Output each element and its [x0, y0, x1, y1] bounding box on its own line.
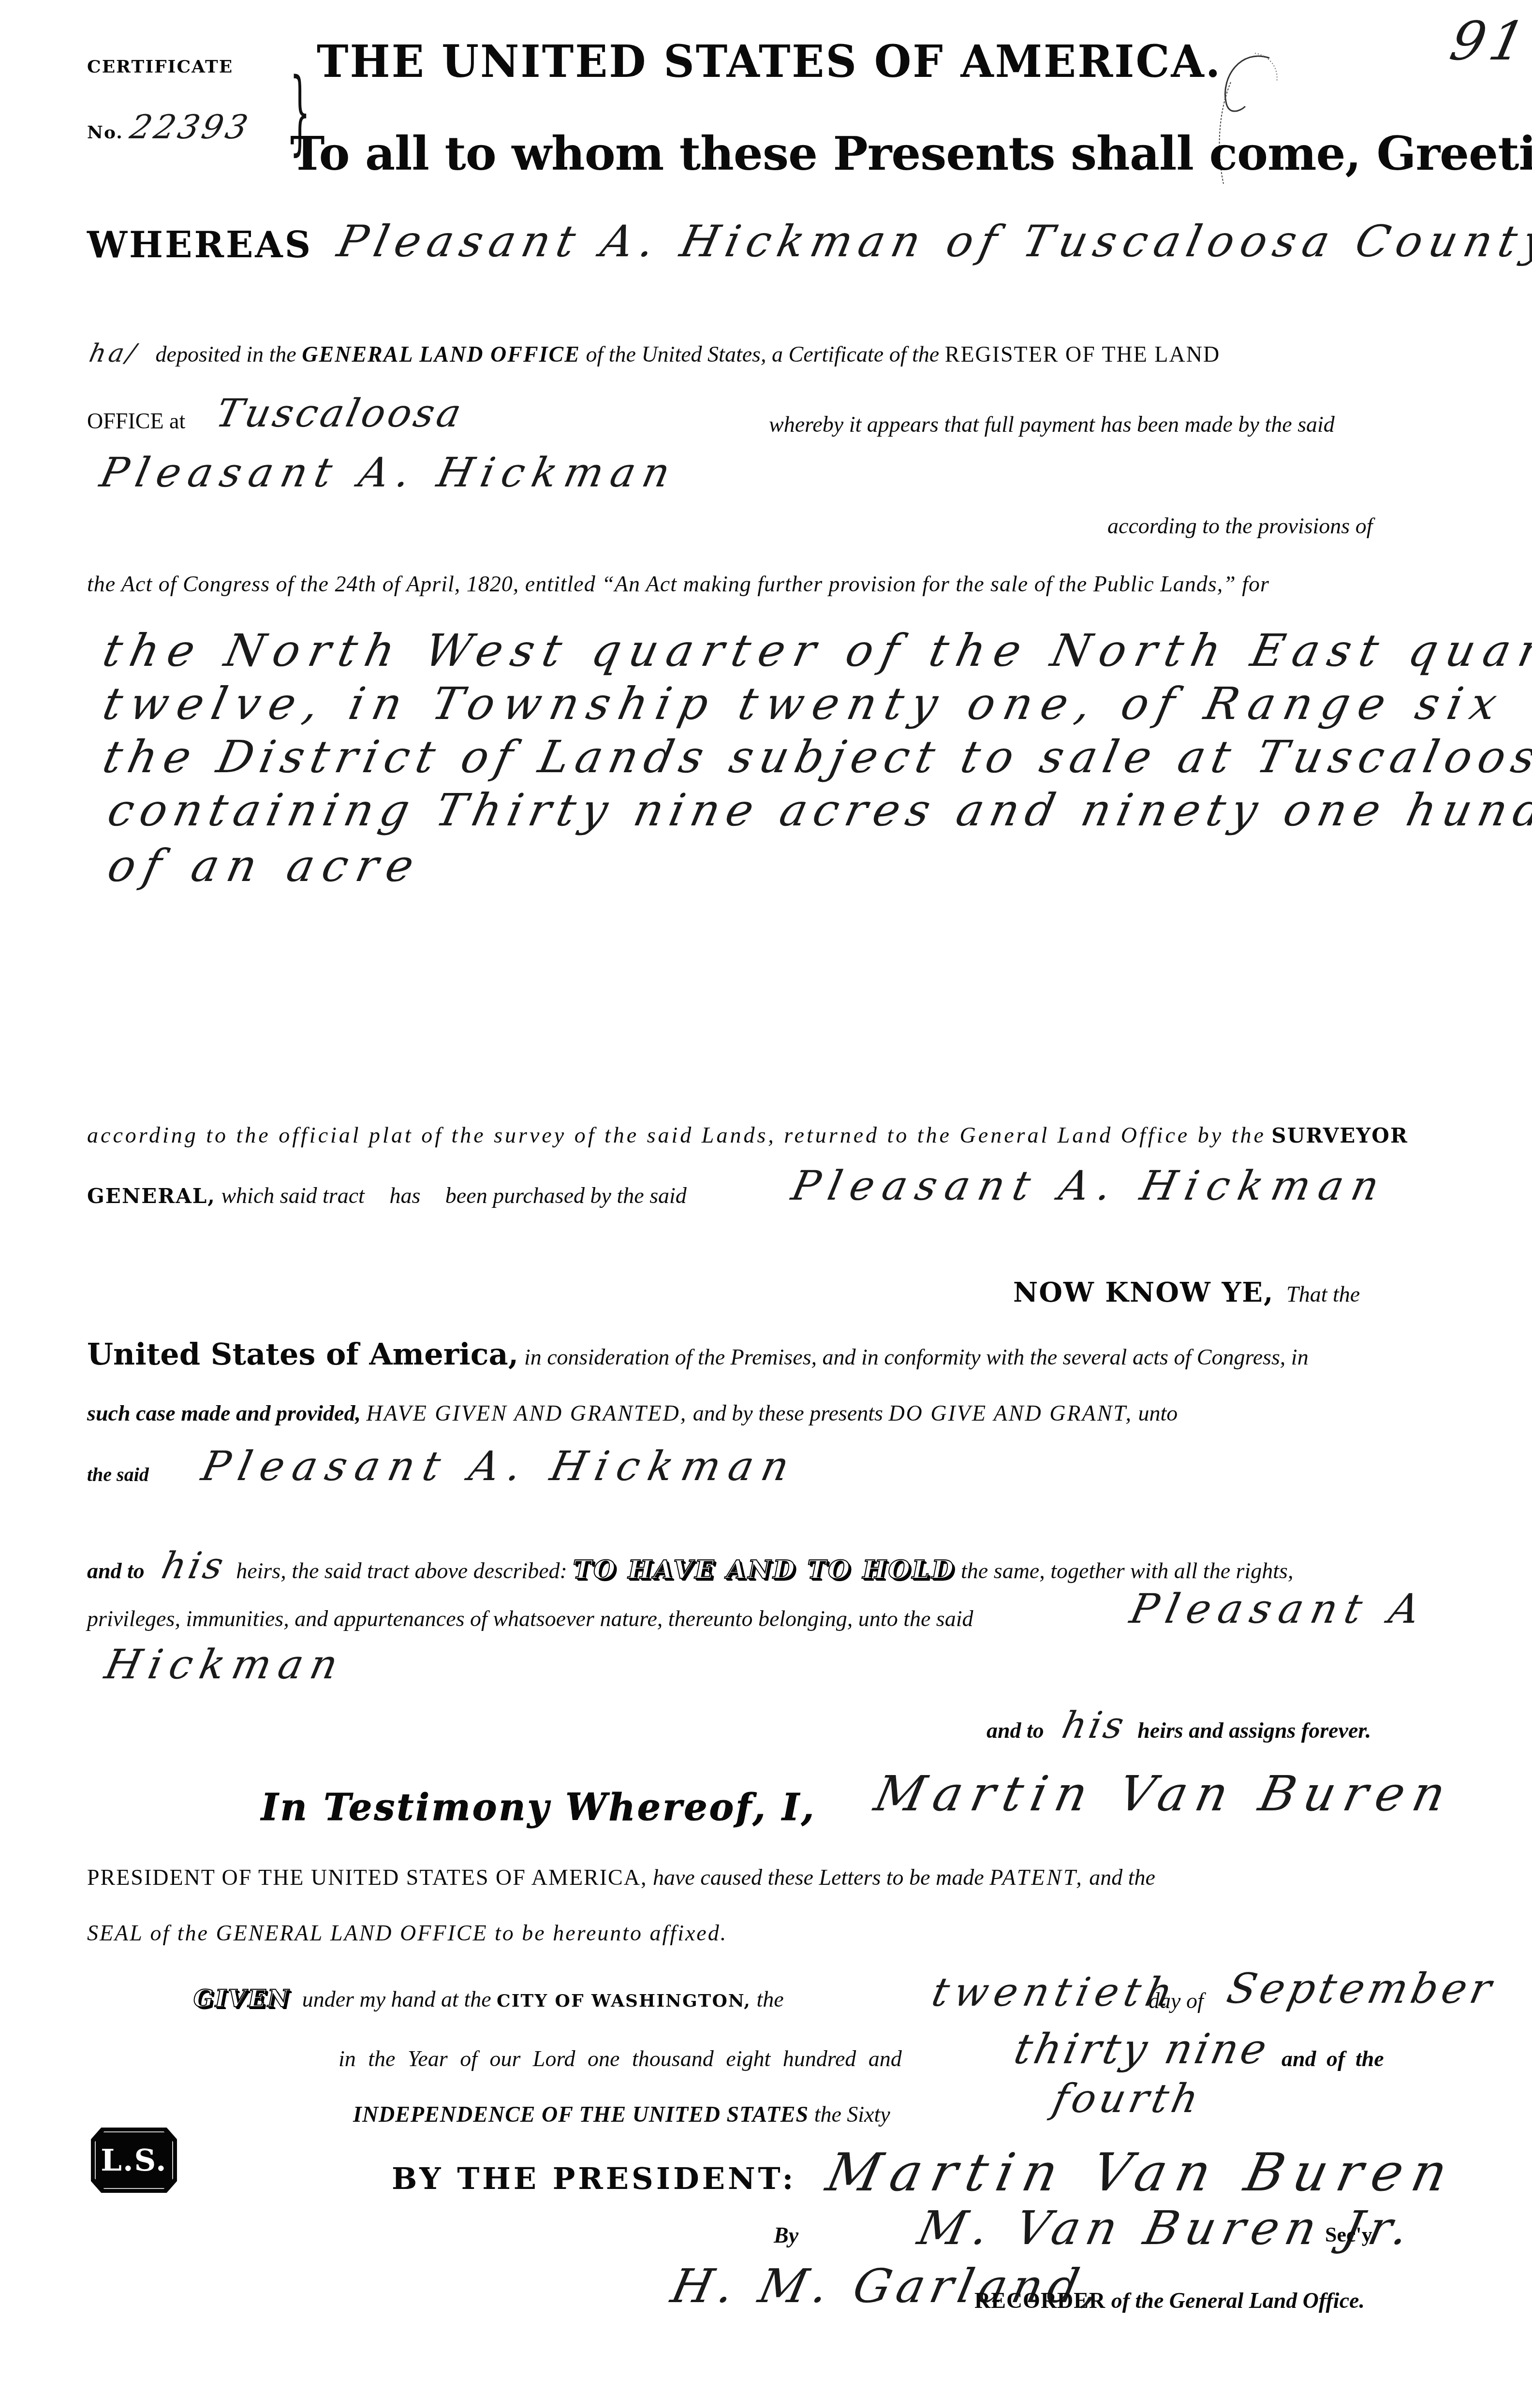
granting-clause-line: such case made and provided, HAVE GIVEN …: [87, 1402, 1178, 1424]
plat-has: has: [389, 1183, 420, 1208]
grantee-name-part-2: Hickman: [102, 1644, 349, 1685]
by-these-presents: and by these presents: [693, 1401, 883, 1425]
document-title: THE UNITED STATES OF AMERICA.: [317, 39, 1222, 83]
deposit-text-1: deposited in the: [156, 342, 296, 367]
president-of-usa: PRESIDENT OF THE UNITED STATES OF AMERIC…: [87, 1865, 647, 1890]
page-number: 91: [1446, 15, 1532, 68]
given-text: under my hand at the: [302, 1987, 491, 2012]
certificate-number: No.22393: [87, 111, 246, 144]
consideration-text: in consideration of the Premises, and in…: [524, 1345, 1309, 1369]
usa-consideration-line: United States of America, in considerati…: [87, 1339, 1309, 1369]
heirs-forever: heirs and assigns forever.: [1137, 1718, 1371, 1743]
land-description-line-5: of an acre: [104, 844, 426, 888]
general-line: GENERAL, which said tract has been purch…: [87, 1185, 687, 1207]
by-label: By: [774, 2224, 798, 2246]
given-label: GIVEN: [193, 1985, 291, 2012]
general-label: GENERAL,: [87, 1184, 216, 1208]
and-of-the-text: and of the: [1282, 2048, 1384, 2070]
general-land-office: GENERAL LAND OFFICE: [302, 342, 580, 367]
plat-line: according to the official plat of the su…: [87, 1124, 1408, 1146]
land-description-line-2: twelve, in Township twenty one, of Range…: [99, 682, 1532, 726]
testimony-president-name: Martin Van Buren: [870, 1770, 1458, 1818]
do-give-and-grant: DO GIVE AND GRANT,: [888, 1401, 1133, 1425]
has-word: ha/: [87, 341, 141, 366]
year-of-our-lord-text: in the Year of our Lord one thousand eig…: [339, 2048, 902, 2070]
plat-text-2: which said tract: [221, 1183, 364, 1208]
such-case-text: such case made and provided,: [87, 1401, 361, 1425]
independence-line: INDEPENDENCE OF THE UNITED STATES the Si…: [353, 2103, 890, 2126]
usa-label: United States of America,: [87, 1336, 518, 1372]
land-description-line-1: the North West quarter of the North East…: [99, 629, 1532, 673]
given-month: September: [1223, 1968, 1499, 2010]
privileges-text: privileges, immunities, and appurtenance…: [87, 1608, 973, 1630]
plat-text-3: been purchased by the said: [445, 1183, 687, 1208]
the-said-label: the said: [87, 1465, 149, 1484]
rights-text: the same, together with all the rights,: [961, 1558, 1293, 1583]
certificate-no-label: No.: [87, 122, 123, 143]
secretary-title: Sec'y: [1325, 2224, 1372, 2246]
city-of-washington: CITY OF WASHINGTON,: [497, 1991, 751, 2011]
office-location: Tuscaloosa: [213, 394, 467, 433]
the-sixty-text: the Sixty: [814, 2102, 890, 2127]
and-the-text: and the: [1089, 1865, 1155, 1890]
given-year: thirty nine: [1011, 2028, 1273, 2070]
and-to-label: and to: [87, 1558, 145, 1583]
independence-label: INDEPENDENCE OF THE UNITED STATES: [353, 2102, 809, 2127]
whereby-text: whereby it appears that full payment has…: [769, 413, 1335, 436]
president-patent-line: PRESIDENT OF THE UNITED STATES OF AMERIC…: [87, 1866, 1155, 1889]
deposit-text-2: of the United States, a Certificate of t…: [586, 342, 939, 367]
now-know-ye: NOW KNOW YE,: [1013, 1277, 1274, 1308]
given-line: GIVEN under my hand at the CITY OF WASHI…: [193, 1987, 784, 2011]
given-the: the: [756, 1987, 783, 2012]
grantee-and-county: Pleasant A. Hickman of Tuscaloosa County: [334, 220, 1532, 264]
have-given-and-granted: HAVE GIVEN AND GRANTED,: [367, 1401, 688, 1425]
office-at-label: OFFICE at: [87, 410, 185, 432]
that-the: That the: [1286, 1282, 1360, 1307]
president-signature: Martin Van Buren: [822, 2147, 1461, 2199]
heirs-text: heirs, the said tract above described:: [236, 1558, 567, 1583]
surveyor-label: SURVEYOR: [1271, 1124, 1408, 1147]
purchaser-name: Pleasant A. Hickman: [788, 1165, 1391, 1206]
recorder-label: RECORDER: [974, 2288, 1105, 2313]
payer-name: Pleasant A. Hickman: [97, 452, 681, 493]
letters-patent-text: have caused these Letters to be made: [653, 1865, 984, 1890]
independence-year: fourth: [1049, 2079, 1206, 2119]
recorder-title: RECORDER of the General Land Office.: [974, 2290, 1365, 2312]
certificate-no-value: 22393: [127, 111, 253, 144]
land-description-line-4: containing Thirty nine acres and ninety …: [104, 788, 1532, 833]
his-word-2: his: [1059, 1707, 1130, 1744]
day-of-text: day of: [1149, 1990, 1204, 2012]
by-the-president-label: BY THE PRESIDENT:: [392, 2164, 796, 2194]
and-to-label-2: and to: [987, 1718, 1044, 1743]
now-know-ye-line: NOW KNOW YE, That the: [1013, 1279, 1360, 1306]
unto-text: unto: [1138, 1401, 1178, 1425]
grantee-name: Pleasant A. Hickman: [198, 1446, 801, 1486]
heirs-habendum-line: and to his heirs, the said tract above d…: [87, 1547, 1293, 1584]
register-label: REGISTER OF THE LAND: [945, 342, 1220, 367]
to-have-and-to-hold: TO HAVE AND TO HOLD: [573, 1555, 955, 1585]
grantee-name-part-1: Pleasant A: [1127, 1588, 1431, 1629]
deposit-line: ha/ deposited in the GENERAL LAND OFFICE…: [87, 341, 1220, 366]
in-testimony-whereof: In Testimony Whereof, I,: [261, 1789, 816, 1826]
seal-text: L.S.: [101, 2143, 167, 2178]
seal-affixed-line: SEAL of the GENERAL LAND OFFICE to be he…: [87, 1922, 727, 1944]
given-day: twentieth: [928, 1973, 1181, 2012]
his-word: his: [159, 1547, 229, 1584]
land-description-line-3: the District of Lands subject to sale at…: [99, 735, 1532, 779]
ls-seal: L.S.: [91, 2128, 177, 2193]
whereas-label: WHEREAS: [87, 227, 312, 263]
act-of-congress-text: the Act of Congress of the 24th of April…: [87, 573, 1269, 595]
patent-word: PATENT,: [989, 1865, 1084, 1890]
plat-text-1: according to the official plat of the su…: [87, 1123, 1266, 1147]
greeting-heading: To all to whom these Presents shall come…: [290, 131, 1532, 177]
according-text: according to the provisions of: [1107, 515, 1373, 537]
certificate-label: CERTIFICATE: [87, 58, 233, 75]
heirs-forever-line: and to his heirs and assigns forever.: [987, 1707, 1371, 1744]
recorder-office: of the General Land Office.: [1111, 2288, 1365, 2313]
